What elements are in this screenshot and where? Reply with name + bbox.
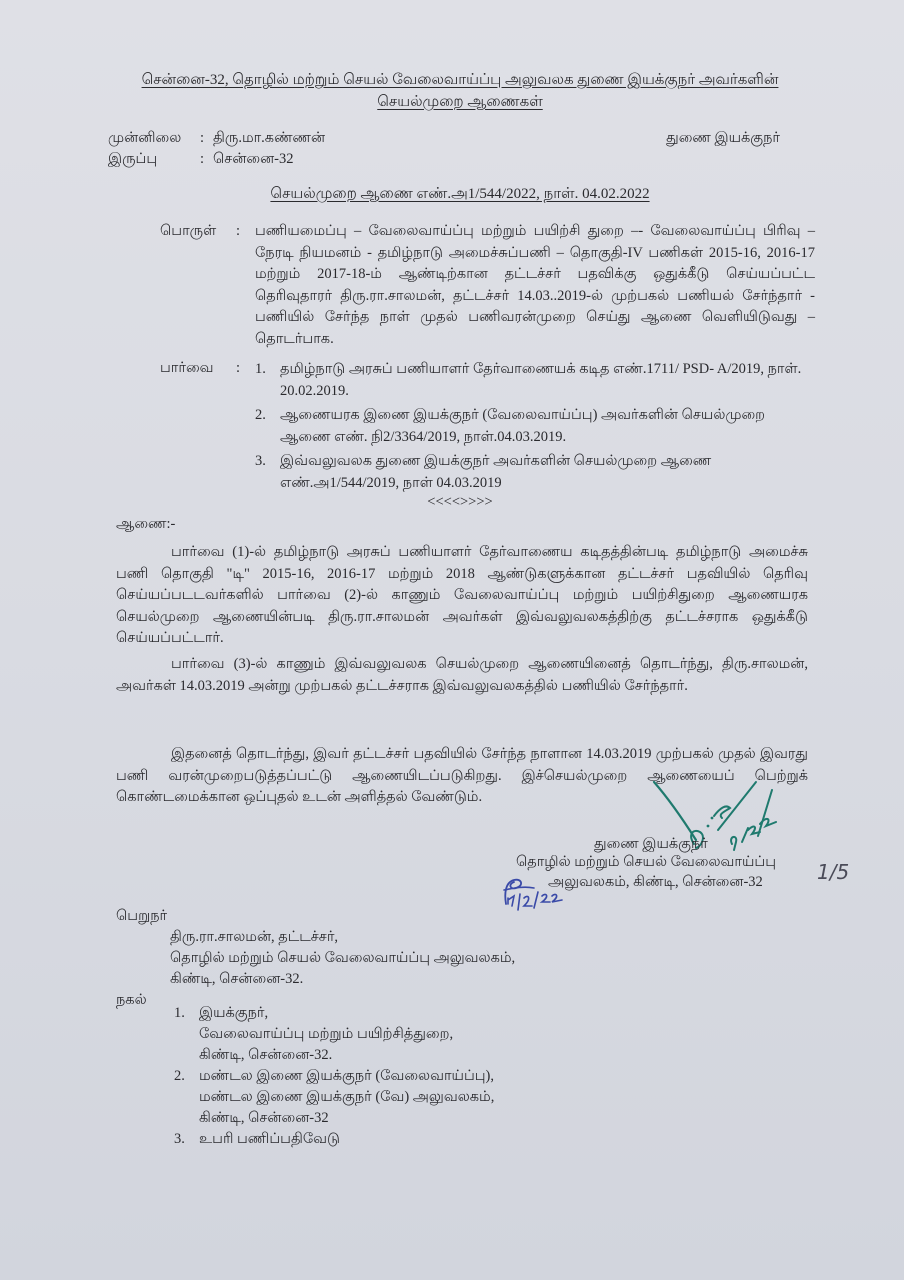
- recipient-line: திரு.ரா.சாலமன், தட்டச்சர்,: [170, 927, 515, 948]
- reference-item: 1.தமிழ்நாடு அரசுப் பணியாளர் தேர்வாணையக் …: [255, 358, 815, 402]
- copy-to-list: 1. இயக்குநர், வேலைவாய்ப்பு மற்றும் பயிற்…: [174, 1003, 494, 1150]
- copy-to-item: 1. இயக்குநர், வேலைவாய்ப்பு மற்றும் பயிற்…: [174, 1003, 494, 1066]
- subject-colon: :: [236, 221, 240, 241]
- subject-label: பொருள்: [160, 221, 216, 241]
- references-colon: :: [236, 358, 240, 378]
- presence-value: திரு.மா.கண்ணன்: [213, 128, 325, 148]
- section-separator: <<<<>>>>: [100, 492, 820, 512]
- page-mark: 1/5: [817, 860, 849, 884]
- copy-to-number: 3.: [174, 1129, 185, 1150]
- reference-number: 2.: [255, 404, 266, 426]
- references-list: 1.தமிழ்நாடு அரசுப் பணியாளர் தேர்வாணையக் …: [255, 358, 815, 496]
- scanned-office-order-page: சென்னை-32, தொழில் மற்றும் செயல் வேலைவாய்…: [0, 0, 904, 1280]
- header-title-line-2: செயல்முறை ஆணைகள்: [100, 92, 820, 112]
- place-colon: :: [200, 149, 204, 169]
- recipient-address: திரு.ரா.சாலமன், தட்டச்சர், தொழில் மற்றும…: [170, 927, 515, 990]
- copy-to-line: மண்டல இணை இயக்குநர் (வே) அலுவலகம்,: [199, 1087, 494, 1108]
- recipient-line: கிண்டி, சென்னை-32.: [170, 969, 515, 990]
- copy-to-item: 3. உபரி பணிப்பதிவேடு: [174, 1129, 494, 1150]
- order-paragraph-1: பார்வை (1)-ல் தமிழ்நாடு அரசுப் பணியாளர் …: [116, 542, 808, 650]
- copy-to-number: 1.: [174, 1003, 185, 1024]
- signatory-office-line-2: அலுவலகம், கிண்டி, சென்னை-32: [548, 872, 763, 892]
- place-value: சென்னை-32: [213, 149, 294, 169]
- references-label: பார்வை: [160, 358, 214, 378]
- subject-text: பணியமைப்பு – வேலைவாய்ப்பு மற்றும் பயிற்ச…: [255, 221, 815, 350]
- signatory-designation: துணை இயக்குநர்: [594, 834, 708, 854]
- order-paragraph-2: பார்வை (3)-ல் காணும் இவ்வலுவலக செயல்முறை…: [116, 654, 808, 697]
- copy-to-item: 2. மண்டல இணை இயக்குநர் (வேலைவாய்ப்பு), ம…: [174, 1066, 494, 1129]
- presence-colon: :: [200, 128, 204, 148]
- copy-to-number: 2.: [174, 1066, 185, 1087]
- recipient-label: பெறுநர்: [116, 906, 167, 926]
- reference-number: 3.: [255, 450, 266, 472]
- copy-to-line: மண்டல இணை இயக்குநர் (வேலைவாய்ப்பு),: [199, 1066, 494, 1087]
- order-number: செயல்முறை ஆணை எண்.அ1/544/2022, நாள். 04.…: [100, 184, 820, 204]
- signatory-office-line-1: தொழில் மற்றும் செயல் வேலைவாய்ப்பு: [516, 852, 776, 872]
- presence-designation: துணை இயக்குநர்: [666, 128, 780, 148]
- recipient-line: தொழில் மற்றும் செயல் வேலைவாய்ப்பு அலுவலக…: [170, 948, 515, 969]
- reference-item: 3.இவ்வலுவலக துணை இயக்குநர் அவர்களின் செய…: [255, 450, 815, 494]
- place-label: இருப்பு: [108, 149, 157, 169]
- reference-number: 1.: [255, 358, 266, 380]
- reference-item: 2.ஆணையரக இணை இயக்குநர் (வேலைவாய்ப்பு) அவ…: [255, 404, 815, 448]
- reference-text: ஆணையரக இணை இயக்குநர் (வேலைவாய்ப்பு) அவர்…: [280, 407, 765, 445]
- copy-to-line: கிண்டி, சென்னை-32.: [199, 1045, 494, 1066]
- reference-text: இவ்வலுவலக துணை இயக்குநர் அவர்களின் செயல்…: [280, 453, 711, 491]
- copy-to-line: உபரி பணிப்பதிவேடு: [199, 1129, 494, 1150]
- copy-to-line: இயக்குநர்,: [199, 1003, 494, 1024]
- copy-to-label: நகல்: [116, 990, 147, 1010]
- copy-to-line: வேலைவாய்ப்பு மற்றும் பயிற்சித்துறை,: [199, 1024, 494, 1045]
- header-title-line-1: சென்னை-32, தொழில் மற்றும் செயல் வேலைவாய்…: [100, 70, 820, 90]
- reference-text: தமிழ்நாடு அரசுப் பணியாளர் தேர்வாணையக் கட…: [280, 361, 801, 399]
- presence-label: முன்னிலை: [108, 128, 181, 148]
- order-label: ஆணை:-: [116, 514, 175, 534]
- copy-to-line: கிண்டி, சென்னை-32: [199, 1108, 494, 1129]
- handwritten-initials-icon: [500, 874, 570, 914]
